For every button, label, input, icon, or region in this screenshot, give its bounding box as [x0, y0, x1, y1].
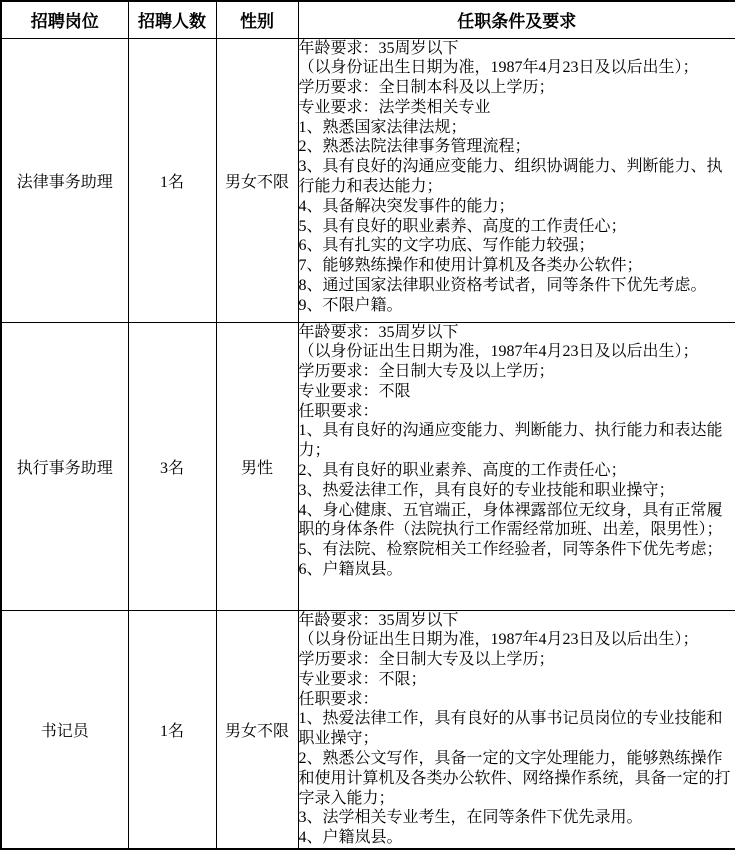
requirements-cell: 年龄要求：35周岁以下 （以身份证出生日期为准，1987年4月23日及以后出生）… [298, 610, 735, 849]
position-cell: 书记员 [1, 610, 128, 849]
headcount-cell: 1名 [128, 38, 216, 322]
gender-cell: 男女不限 [216, 38, 298, 322]
table-row-court-clerk: 书记员 1名 男女不限 年龄要求：35周岁以下 （以身份证出生日期为准，1987… [1, 610, 735, 849]
position-cell: 法律事务助理 [1, 38, 128, 322]
header-cell-requirements: 任职条件及要求 [298, 1, 735, 38]
requirements-cell: 年龄要求：35周岁以下 （以身份证出生日期为准，1987年4月23日及以后出生）… [298, 38, 735, 322]
table-row-enforcement-affairs-assistant: 执行事务助理 3名 男性 年龄要求：35周岁以下 （以身份证出生日期为准，198… [1, 322, 735, 610]
header-cell-position: 招聘岗位 [1, 1, 128, 38]
header-cell-count: 招聘人数 [128, 1, 216, 38]
table-row-legal-affairs-assistant: 法律事务助理 1名 男女不限 年龄要求：35周岁以下 （以身份证出生日期为准，1… [1, 38, 735, 322]
gender-cell: 男女不限 [216, 610, 298, 849]
recruitment-table: 招聘岗位 招聘人数 性别 任职条件及要求 法律事务助理 1名 男女不限 年龄要求… [0, 0, 735, 850]
position-cell: 执行事务助理 [1, 322, 128, 610]
requirements-cell: 年龄要求：35周岁以下 （以身份证出生日期为准，1987年4月23日及以后出生）… [298, 322, 735, 610]
gender-cell: 男性 [216, 322, 298, 610]
header-cell-gender: 性别 [216, 1, 298, 38]
header-row: 招聘岗位 招聘人数 性别 任职条件及要求 [1, 1, 735, 38]
headcount-cell: 3名 [128, 322, 216, 610]
headcount-cell: 1名 [128, 610, 216, 849]
recruitment-page: 招聘岗位 招聘人数 性别 任职条件及要求 法律事务助理 1名 男女不限 年龄要求… [0, 0, 735, 859]
